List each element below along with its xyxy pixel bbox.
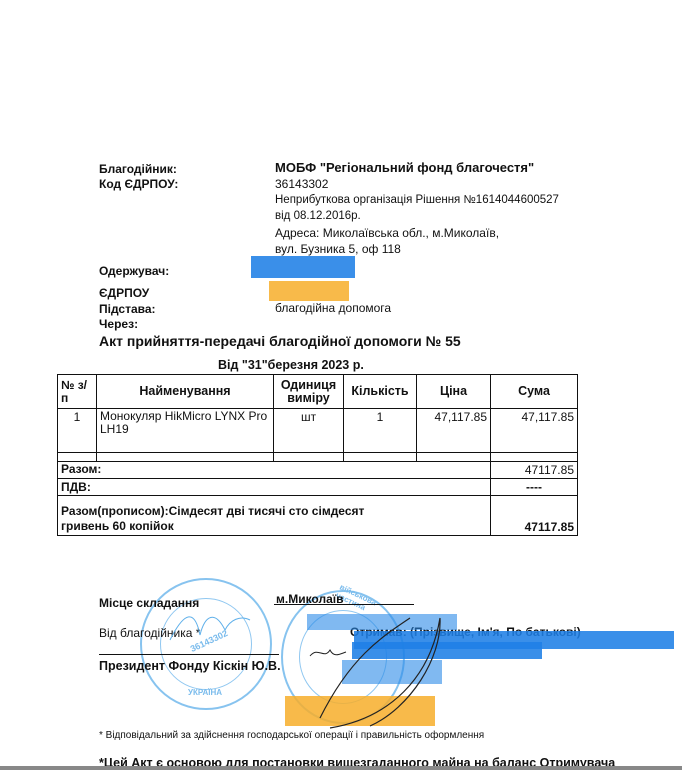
basis-value: благодійна допомога <box>275 301 391 315</box>
recipient-signature <box>290 598 490 733</box>
vat-label: ПДВ: <box>58 479 491 496</box>
table-header-row: № з/п Найменування Одиниця виміру Кількі… <box>58 375 578 409</box>
table-row: 1 Монокуляр HikMicro LYNX Pro LH19 шт 1 … <box>58 409 578 453</box>
col-price: Ціна <box>417 375 491 409</box>
responsible-footnote: * Відповідальний за здійснення господарс… <box>99 730 484 741</box>
col-sum: Сума <box>491 375 578 409</box>
col-unit: Одиниця виміру <box>274 375 344 409</box>
donor-name: МОБФ "Регіональний фонд благочестя" <box>275 160 534 175</box>
row-qty: 1 <box>344 409 417 453</box>
row-sum: 47,117.85 <box>491 409 578 453</box>
donor-address-2: вул. Бузника 5, оф 118 <box>275 242 401 256</box>
words-label: Разом(прописом):Сімдесят дві тисячі сто … <box>58 496 491 536</box>
items-table: № з/п Найменування Одиниця виміру Кількі… <box>57 374 578 536</box>
donor-edrpou-label: Код ЄДРПОУ: <box>99 177 178 191</box>
col-qty: Кількість <box>344 375 417 409</box>
president-label: Президент Фонду Кіскін Ю.В. <box>99 659 281 673</box>
recipient-label: Одержувач: <box>99 264 169 278</box>
row-name: Монокуляр HikMicro LYNX Pro LH19 <box>97 409 274 453</box>
recipient-edrpou-redaction <box>269 281 349 301</box>
words-row: Разом(прописом):Сімдесят дві тисячі сто … <box>58 496 578 536</box>
recipient-redaction <box>251 256 355 278</box>
donor-status-1: Неприбуткова організація Рішення №161404… <box>275 194 559 206</box>
act-title: Акт прийняття-передачі благодійної допом… <box>99 333 461 349</box>
donor-edrpou: 36143302 <box>275 177 328 191</box>
total-row: Разом: 47117.85 <box>58 462 578 479</box>
words-value: 47117.85 <box>491 496 578 536</box>
col-num: № з/п <box>58 375 97 409</box>
donor-signature <box>150 600 260 660</box>
col-name: Найменування <box>97 375 274 409</box>
vat-row: ПДВ: ---- <box>58 479 578 496</box>
row-num: 1 <box>58 409 97 453</box>
donor-address-1: Адреса: Миколаївська обл., м.Миколаїв, <box>275 226 499 240</box>
via-label: Через: <box>99 317 138 331</box>
vat-value: ---- <box>491 479 578 496</box>
recipient-edrpou-label: ЄДРПОУ <box>99 286 149 300</box>
row-unit: шт <box>274 409 344 453</box>
act-date: Від "31"березня 2023 р. <box>218 358 364 372</box>
donor-stamp-country: УКРАЇНА <box>188 688 222 697</box>
basis-label: Підстава: <box>99 302 156 316</box>
total-value: 47117.85 <box>491 462 578 479</box>
table-empty-row <box>58 453 578 462</box>
donor-status-2: від 08.12.2016р. <box>275 210 361 222</box>
donor-label: Благодійник: <box>99 162 177 176</box>
total-label: Разом: <box>58 462 491 479</box>
row-price: 47,117.85 <box>417 409 491 453</box>
page-edge <box>0 766 682 770</box>
